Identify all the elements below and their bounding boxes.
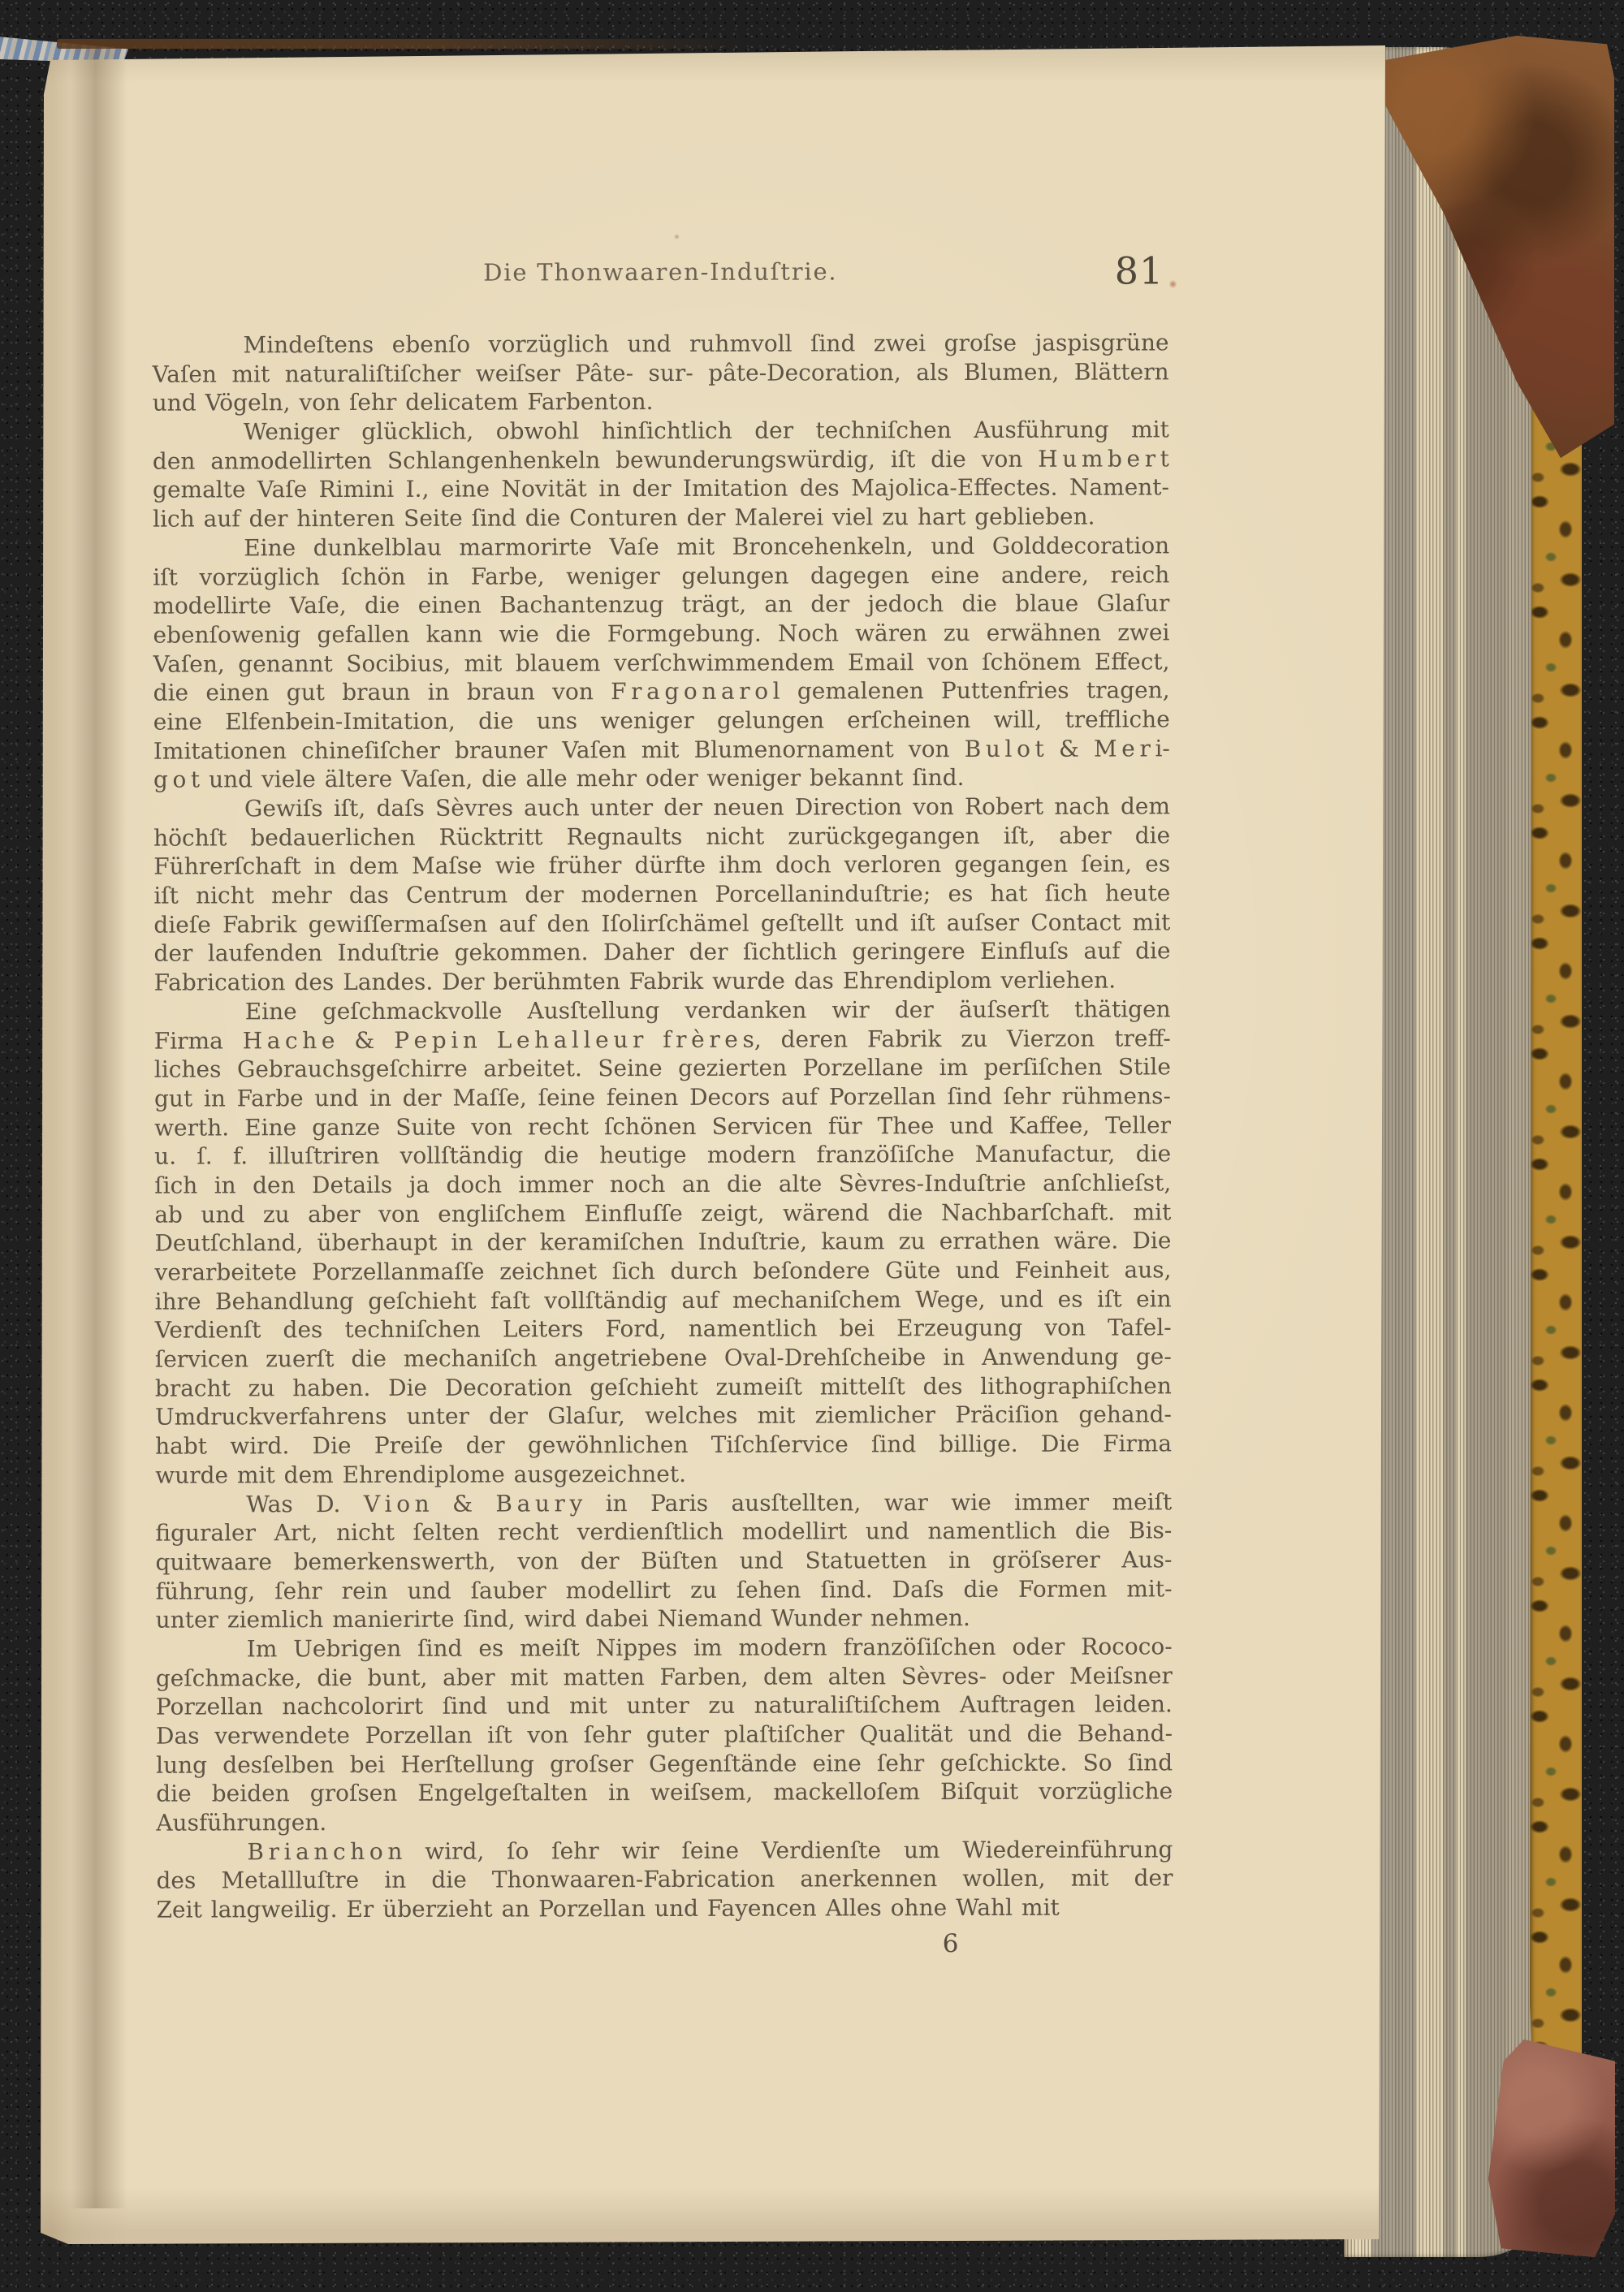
text-line: B r i a n c h o n wird, ſo ſehr wir ſein… [156,1835,1173,1867]
text-line: Imitationen chineſiſcher brauner Vaſen m… [153,734,1170,766]
text-line: ſich in den Details ja doch immer noch a… [154,1168,1171,1200]
text-line: Führerſchaft in dem Maſse wie früher dür… [153,850,1170,882]
text-line: ebenſowenig gefallen kann wie die Formge… [153,618,1169,650]
text-line: Mindeſtens ebenſo vorzüglich und ruhmvol… [152,328,1168,360]
running-head-row: Die Thonwaaren-Induſtrie. 81 [152,257,1168,298]
text-line: habt wird. Die Preiſe der gewöhnlichen T… [155,1429,1172,1461]
text-line: werth. Eine ganze Suite von recht ſchöne… [154,1111,1171,1142]
text-line: Gewiſs iſt, daſs Sèvres auch unter der n… [153,792,1170,823]
text-line: geſchmacke, die bunt, aber mit matten Fa… [156,1661,1173,1693]
text-line: und Vögeln, von ſehr delicatem Farbenton… [153,386,1169,418]
text-line: lung desſelben bei Herſtellung groſser G… [156,1748,1173,1780]
text-line: Porzellan nachcolorirt ſind und mit unte… [156,1690,1173,1722]
text-line: ihre Behandlung geſchieht faſt vollſtänd… [155,1284,1172,1316]
text-line: Vaſen mit naturaliſtiſcher weiſser Pâte-… [153,357,1169,389]
marbled-cover-paper [1530,268,1582,2077]
signature-mark: 6 [943,1928,1173,1958]
text-line: liches Gebrauchsgeſchirre arbeitet. Sein… [154,1053,1171,1085]
text-line: gut in Farbe und in der Maſſe, ſeine fei… [154,1081,1171,1113]
text-line: figuraler Art, nicht ſelten recht verdie… [155,1517,1172,1548]
page-number: 81 [1115,248,1164,292]
text-line: quitwaare bemerkenswerth, von der Büſten… [155,1545,1172,1577]
body-text: Mindeſtens ebenſo vorzüglich und ruhmvol… [152,328,1173,1924]
board-edge [57,39,747,49]
text-line: u. ſ. f. illuſtriren vollſtändig die heu… [154,1140,1171,1172]
text-line: die beiden groſsen Engelgeſtalten in wei… [156,1777,1173,1809]
text-line: höchſt bedauerlichen Rücktritt Regnaults… [153,821,1170,852]
text-line: Ausführungen. [156,1806,1173,1837]
text-line: führung, ſehr rein und ſauber modellirt … [156,1574,1173,1606]
text-line: lich auf der hinteren Seite ſind die Con… [153,502,1169,533]
leather-corner-bottom [1488,2039,1615,2257]
text-block: Die Thonwaaren-Induſtrie. 81 Mindeſtens … [152,257,1173,1960]
text-line: des Metallluſtre in die Thonwaaren-Fabri… [156,1864,1173,1896]
text-line: unter ziemlich manierirte ſind, wird dab… [156,1604,1173,1635]
text-line: verarbeitete Porzellanmaſſe zeichnet ſic… [154,1255,1171,1287]
text-line: ab und zu aber von engliſchem Einfluſſe … [154,1198,1171,1229]
text-line: Deutſchland, überhaupt in der keramiſche… [154,1227,1171,1258]
text-line: die einen gut braun in braun von F r a g… [153,676,1170,708]
text-line: Weniger glücklich, obwohl hinſichtlich d… [153,415,1169,447]
text-line: bracht zu haben. Die Decoration geſchieh… [155,1371,1172,1403]
text-line: den anmodellirten Schlangenhenkeln bewun… [153,444,1169,476]
text-line: Umdruckverfahrens unter der Glaſur, welc… [155,1401,1172,1432]
text-line: wurde mit dem Ehrendiplome ausgezeichnet… [155,1458,1172,1490]
page-stain [1169,279,1177,289]
text-line: dieſe Fabrik gewiſſermaſsen auf den Iſol… [153,908,1170,939]
text-line: iſt nicht mehr das Centrum der modernen … [153,878,1170,910]
text-line: Eine geſchmackvolle Ausſtellung verdanke… [154,995,1171,1026]
running-header: Die Thonwaaren-Induſtrie. [483,257,837,286]
text-line: Im Uebrigen ſind es meiſt Nippes im mode… [156,1632,1173,1664]
page-stain [674,234,680,240]
book-photo: Die Thonwaaren-Induſtrie. 81 Mindeſtens … [0,0,1624,2292]
text-line: Vaſen, genannt Socibius, mit blauem verſ… [153,647,1170,679]
text-line: Fabrication des Landes. Der berühmten Fa… [154,965,1171,997]
text-line: Das verwendete Porzellan iſt von ſehr gu… [156,1719,1173,1750]
text-line: der laufenden Induſtrie gekommen. Daher … [153,937,1170,969]
text-line: Verdienſt des techniſchen Leiters Ford, … [155,1314,1172,1345]
text-line: ſervicen zuerſt die mechaniſch angetrieb… [155,1342,1172,1374]
text-line: Was D. V i o n & B a u r y in Paris ausſ… [155,1487,1172,1519]
text-line: iſt vorzüglich ſchön in Farbe, weniger g… [153,560,1169,592]
text-line: Firma H a c h e & P e p i n L e h a l l … [154,1024,1171,1055]
text-line: gemalte Vaſe Rimini I., eine Novität in … [153,473,1169,505]
text-line: Eine dunkelblau marmorirte Vaſe mit Bron… [153,531,1169,563]
text-line: modellirte Vaſe, die einen Bachantenzug … [153,589,1169,621]
gutter-crease [70,49,127,2208]
text-line: Zeit langweilig. Er überzieht an Porzell… [157,1893,1173,1924]
text-line: g o t und viele ältere Vaſen, die alle m… [153,763,1170,795]
text-line: eine Elfenbein-Imitation, die uns wenige… [153,705,1170,736]
